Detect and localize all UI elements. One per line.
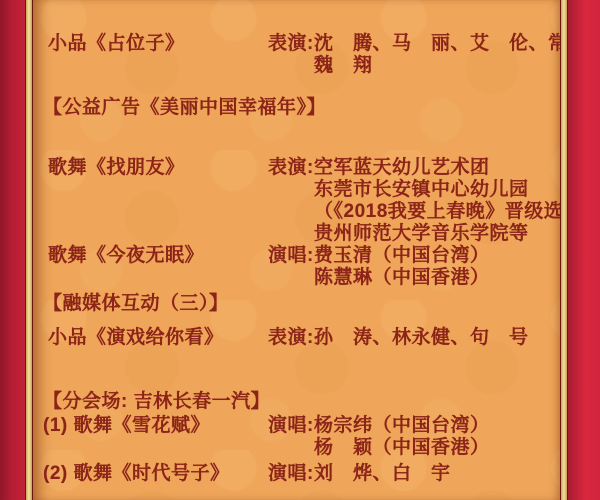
program-list: 小品《占位子》 表演: 沈 腾、马 丽、艾 伦、常 远 魏 翔 【公益广告《美丽… (43, 33, 556, 485)
credit-label: 演唱: (268, 463, 314, 485)
credit-line: （《2018我要上春晚》晋级选手） (314, 201, 600, 223)
credit-label: 表演: (268, 157, 314, 179)
program-row: 小品《演戏给你看》 表演: 孙 涛、林永健、句 号 (43, 327, 556, 349)
program-title: 小品《占位子》 (43, 33, 268, 55)
credit-line: 刘 烨、白 宇 (314, 463, 556, 485)
program-title: 歌舞《今夜无眠》 (43, 245, 268, 267)
credit-line: 东莞市长安镇中心幼儿园 (314, 179, 600, 201)
credit-line: 贵州师范大学音乐学院等 (314, 223, 600, 245)
right-red-curtain (568, 0, 600, 500)
program-row: (1) 歌舞《雪花赋》 演唱: 杨宗纬（中国台湾） 杨 颖（中国香港） (43, 415, 556, 459)
gold-frame-right (560, 0, 568, 500)
credit-lines: 刘 烨、白 宇 (314, 463, 556, 485)
credit-lines: 孙 涛、林永健、句 号 (314, 327, 556, 349)
credit-label: 演唱: (268, 245, 314, 267)
program-title: 小品《演戏给你看》 (43, 327, 268, 349)
program-list-panel: 小品《占位子》 表演: 沈 腾、马 丽、艾 伦、常 远 魏 翔 【公益广告《美丽… (33, 0, 560, 500)
credit-label: 表演: (268, 33, 314, 55)
gala-program-screenshot: 小品《占位子》 表演: 沈 腾、马 丽、艾 伦、常 远 魏 翔 【公益广告《美丽… (0, 0, 600, 500)
program-row: (2) 歌舞《时代号子》 演唱: 刘 烨、白 宇 (43, 463, 556, 485)
credit-line: 孙 涛、林永健、句 号 (314, 327, 556, 349)
program-title: (1) 歌舞《雪花赋》 (43, 415, 268, 437)
credit-label: 表演: (268, 327, 314, 349)
program-row: 歌舞《今夜无眠》 演唱: 费玉清（中国台湾） 陈慧琳（中国香港） (43, 245, 556, 289)
program-title: 歌舞《找朋友》 (43, 157, 268, 179)
section-header: 【融媒体互动（三）】 (43, 293, 556, 315)
credit-line: 空军蓝天幼儿艺术团 (314, 157, 600, 179)
credit-lines: 沈 腾、马 丽、艾 伦、常 远 魏 翔 (314, 33, 600, 77)
credit-label: 演唱: (268, 415, 314, 437)
left-red-curtain (0, 0, 25, 500)
program-title: (2) 歌舞《时代号子》 (43, 463, 268, 485)
section-header: 【分会场: 吉林长春一汽】 (43, 391, 556, 413)
credit-line: 魏 翔 (314, 55, 600, 77)
credit-lines: 空军蓝天幼儿艺术团 东莞市长安镇中心幼儿园 （《2018我要上春晚》晋级选手） … (314, 157, 600, 245)
credit-line: 杨宗纬（中国台湾） (314, 415, 556, 437)
credit-lines: 杨宗纬（中国台湾） 杨 颖（中国香港） (314, 415, 556, 459)
credit-lines: 费玉清（中国台湾） 陈慧琳（中国香港） (314, 245, 556, 289)
section-header: 【公益广告《美丽中国幸福年》】 (43, 97, 556, 119)
credit-line: 杨 颖（中国香港） (314, 437, 556, 459)
credit-line: 费玉清（中国台湾） (314, 245, 556, 267)
credit-line: 沈 腾、马 丽、艾 伦、常 远 (314, 33, 600, 55)
gold-frame-left (25, 0, 33, 500)
program-row: 歌舞《找朋友》 表演: 空军蓝天幼儿艺术团 东莞市长安镇中心幼儿园 （《2018… (43, 157, 556, 245)
credit-line: 陈慧琳（中国香港） (314, 267, 556, 289)
program-row: 小品《占位子》 表演: 沈 腾、马 丽、艾 伦、常 远 魏 翔 (43, 33, 556, 77)
